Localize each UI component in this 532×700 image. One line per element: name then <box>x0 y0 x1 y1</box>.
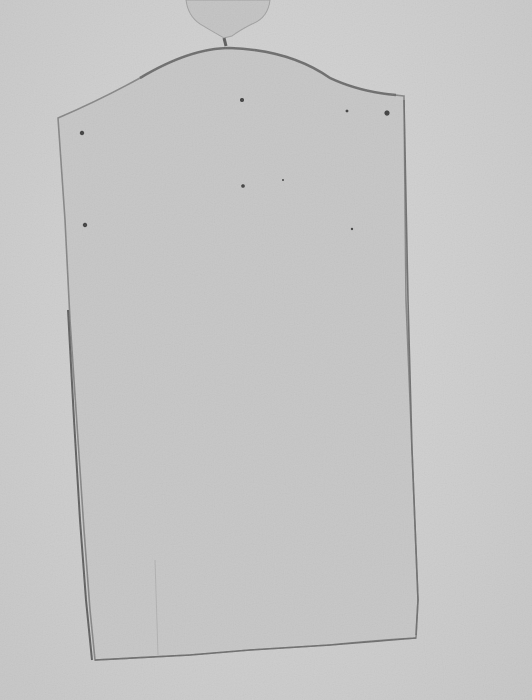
frame-silhouette <box>0 0 532 700</box>
wall-photograph <box>0 0 532 700</box>
